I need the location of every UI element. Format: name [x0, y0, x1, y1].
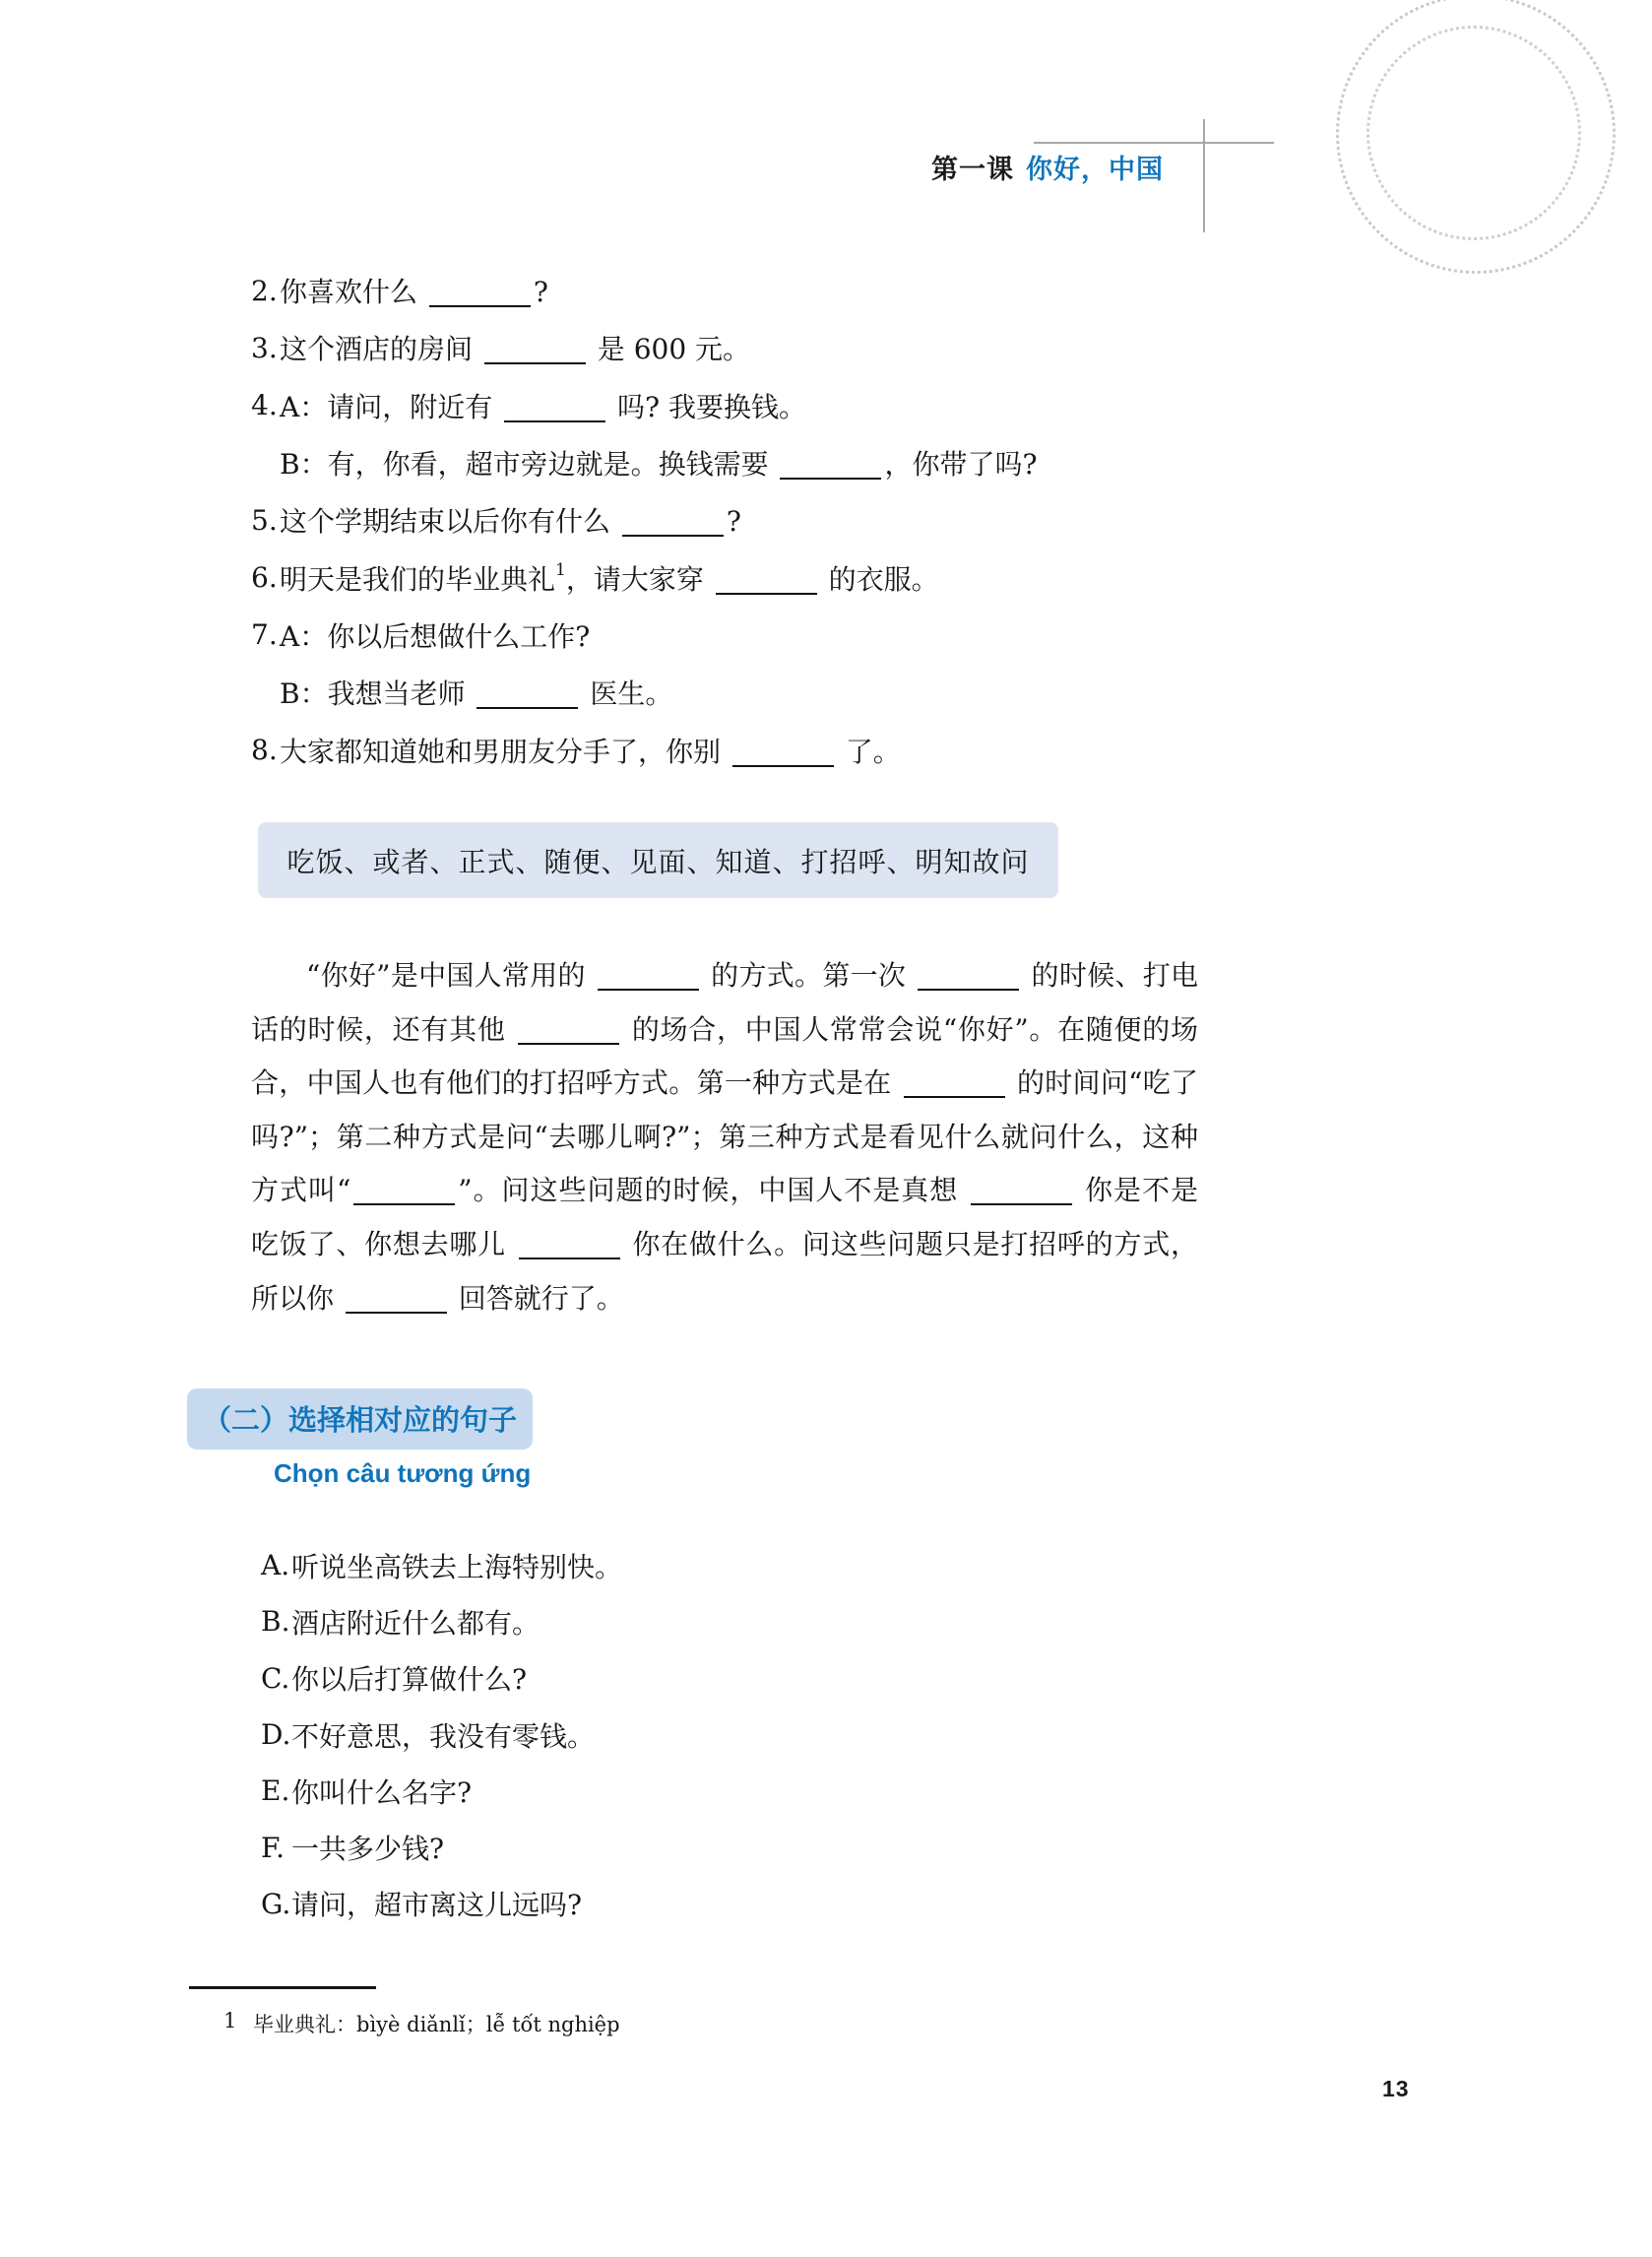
word-bank: 吃饭、或者、正式、随便、见面、知道、打招呼、明知故问	[258, 822, 1058, 898]
exercise-line: B：我想当老师 医生。	[251, 664, 1245, 721]
fill-in-blank[interactable]	[484, 335, 586, 364]
fill-in-blank[interactable]	[598, 961, 699, 991]
option-text: 你叫什么名字?	[291, 1772, 472, 1811]
footnote-text: 毕业典礼：bìyè diǎnlǐ；lễ tốt nghiệp	[253, 2009, 620, 2038]
lesson-number: 第一课	[931, 155, 1014, 184]
exercise-line: 8.大家都知道她和男朋友分手了，你别 了。	[251, 721, 1245, 778]
option-row: F.一共多少钱?	[261, 1819, 622, 1875]
fill-in-blank[interactable]	[716, 565, 817, 595]
exercise-text: 大家都知道她和男朋友分手了，你别 了。	[280, 731, 901, 770]
textbook-page: 第一课你好，中国 2.你喜欢什么 ?3.这个酒店的房间 是 600 元。4.A：…	[0, 0, 1652, 2257]
fill-in-blank[interactable]	[519, 1230, 620, 1259]
section-two-heading-text: （二）选择相对应的句子	[203, 1405, 517, 1437]
exercise-number: 5.	[251, 504, 280, 537]
section-two-subtitle-vietnamese: Chọn câu tương ứng	[274, 1458, 531, 1489]
decorative-vertical-line	[1203, 119, 1205, 232]
option-row: C.你以后打算做什么?	[261, 1650, 622, 1707]
exercise-number: 2.	[251, 275, 280, 307]
exercise-number: 8.	[251, 734, 280, 766]
fill-in-blank[interactable]	[622, 507, 724, 537]
option-letter: E.	[261, 1774, 291, 1807]
fill-in-blank[interactable]	[904, 1068, 1005, 1098]
option-text: 不好意思，我没有零钱。	[291, 1715, 595, 1755]
exercise-number: 3.	[251, 332, 280, 364]
page-number: 13	[1382, 2076, 1410, 2102]
fill-in-blank[interactable]	[429, 278, 531, 307]
fill-in-blank[interactable]	[971, 1176, 1072, 1205]
fill-in-blank[interactable]	[504, 393, 605, 422]
fill-in-blank[interactable]	[918, 961, 1019, 991]
lesson-header: 第一课你好，中国	[866, 148, 1164, 186]
option-text: 听说坐高铁去上海特别快。	[291, 1546, 622, 1585]
fill-in-blank[interactable]	[353, 1176, 455, 1205]
exercise-line: 7.A：你以后想做什么工作?	[251, 607, 1245, 664]
exercise-text: A：你以后想做什么工作?	[280, 615, 590, 655]
exercise-number: 7.	[251, 618, 280, 651]
exercise-text: 你喜欢什么 ?	[280, 271, 548, 310]
fill-in-blank[interactable]	[732, 738, 834, 767]
option-letter: G.	[261, 1888, 291, 1920]
fill-in-blank[interactable]	[518, 1015, 619, 1045]
option-letter: A.	[261, 1549, 291, 1581]
footnote-rule	[189, 1986, 376, 1989]
option-letter: D.	[261, 1718, 291, 1751]
option-row: A.听说坐高铁去上海特别快。	[261, 1537, 622, 1593]
exercise-line: B：有，你看，超市旁边就是。换钱需要 ，你带了吗?	[251, 434, 1245, 491]
exercise-line: 3.这个酒店的房间 是 600 元。	[251, 319, 1245, 376]
option-letter: F.	[261, 1832, 291, 1864]
exercise-text: A：请问，附近有 吗? 我要换钱。	[280, 386, 806, 425]
exercise-text: B：有，你看，超市旁边就是。换钱需要 ，你带了吗?	[280, 443, 1038, 483]
exercise-text: B：我想当老师 医生。	[280, 673, 672, 712]
fill-in-blank[interactable]	[346, 1284, 447, 1314]
cloze-paragraph: “你好”是中国人常用的 的方式。第一次 的时候、打电话的时候，还有其他 的场合，…	[251, 949, 1198, 1325]
option-text: 酒店附近什么都有。	[291, 1602, 540, 1642]
option-row: G.请问，超市离这儿远吗?	[261, 1876, 622, 1932]
options-list: A.听说坐高铁去上海特别快。B.酒店附近什么都有。C.你以后打算做什么?D.不好…	[261, 1537, 622, 1932]
exercise-list: 2.你喜欢什么 ?3.这个酒店的房间 是 600 元。4.A：请问，附近有 吗?…	[251, 262, 1245, 779]
option-letter: C.	[261, 1662, 291, 1695]
option-text: 请问，超市离这儿远吗?	[291, 1884, 582, 1923]
exercise-line: 5.这个学期结束以后你有什么 ?	[251, 491, 1245, 548]
option-text: 一共多少钱?	[291, 1828, 444, 1867]
exercise-text: 明天是我们的毕业典礼1，请大家穿 的衣服。	[280, 558, 939, 598]
fill-in-blank[interactable]	[780, 450, 881, 480]
footnote-marker: 1	[223, 2009, 253, 2038]
lesson-title: 你好，中国	[1026, 155, 1164, 184]
exercise-line: 4.A：请问，附近有 吗? 我要换钱。	[251, 377, 1245, 434]
option-row: D.不好意思，我没有零钱。	[261, 1707, 622, 1763]
footnote: 1 毕业典礼：bìyè diǎnlǐ；lễ tốt nghiệp	[223, 2009, 620, 2038]
exercise-line: 6.明天是我们的毕业典礼1，请大家穿 的衣服。	[251, 548, 1245, 606]
footnote-ref: 1	[555, 560, 566, 580]
option-letter: B.	[261, 1605, 291, 1638]
fill-in-blank[interactable]	[477, 679, 578, 709]
option-row: B.酒店附近什么都有。	[261, 1593, 622, 1649]
section-two-heading: （二）选择相对应的句子	[187, 1388, 533, 1450]
exercise-line: 2.你喜欢什么 ?	[251, 262, 1245, 319]
exercise-number: 4.	[251, 389, 280, 421]
dotted-circle-inner	[1366, 26, 1581, 240]
option-text: 你以后打算做什么?	[291, 1658, 527, 1698]
exercise-number: 6.	[251, 561, 280, 594]
option-row: E.你叫什么名字?	[261, 1763, 622, 1819]
exercise-text: 这个酒店的房间 是 600 元。	[280, 328, 750, 367]
exercise-text: 这个学期结束以后你有什么 ?	[280, 500, 741, 540]
decorative-horizontal-line	[1034, 142, 1274, 144]
word-bank-words: 吃饭、或者、正式、随便、见面、知道、打招呼、明知故问	[286, 841, 1029, 880]
